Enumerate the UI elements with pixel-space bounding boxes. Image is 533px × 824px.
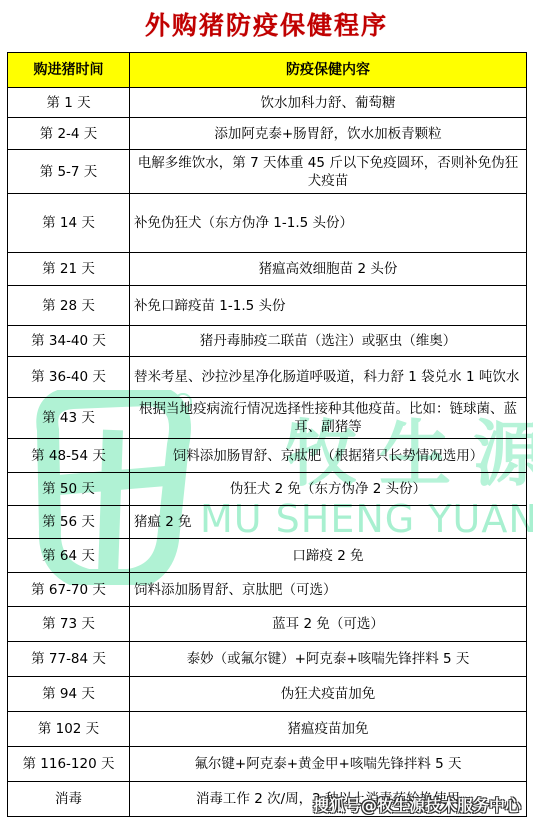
content-cell: 饲料添加肠胃舒、京肽肥（根据猪只长势情况选用） [130,439,527,473]
day-cell: 第 102 天 [8,712,130,747]
content-cell: 电解多维饮水，第 7 天体重 45 斤以下免疫圆环，否则补免伪狂犬疫苗 [130,150,527,194]
header-health-content: 防疫保健内容 [130,53,527,88]
day-cell: 第 34-40 天 [8,326,130,357]
table-row: 第 50 天伪狂犬 2 免（东方伪净 2 头份） [8,473,527,506]
content-cell: 蓝耳 2 免（可选） [130,607,527,642]
content-cell: 饲料添加肠胃舒、京肽肥（可选） [130,573,527,607]
content-cell: 替米考星、沙拉沙星净化肠道呼吸道，科力舒 1 袋兑水 1 吨饮水 [130,357,527,398]
day-cell: 第 94 天 [8,677,130,712]
content-cell: 根据当地疫病流行情况选择性接种其他疫苗。比如：链球菌、蓝耳、副猪等 [130,398,527,439]
day-cell: 第 56 天 [8,506,130,539]
table-row: 第 102 天猪瘟疫苗加免 [8,712,527,747]
day-cell: 第 14 天 [8,194,130,253]
page-title: 外购猪防疫保健程序 [0,6,533,42]
table-row: 第 28 天补免口蹄疫苗 1-1.5 头份 [8,286,527,326]
day-cell: 第 67-70 天 [8,573,130,607]
table-row: 第 1 天饮水加科力舒、葡萄糖 [8,88,527,118]
table-row: 第 36-40 天替米考星、沙拉沙星净化肠道呼吸道，科力舒 1 袋兑水 1 吨饮… [8,357,527,398]
table-row: 第 2-4 天添加阿克泰+肠胃舒，饮水加板青颗粒 [8,118,527,150]
day-cell: 第 1 天 [8,88,130,118]
table-row: 第 116-120 天氟尔键+阿克泰+黄金甲+咳喘先锋拌料 5 天 [8,747,527,782]
day-cell: 第 5-7 天 [8,150,130,194]
table-row: 第 5-7 天电解多维饮水，第 7 天体重 45 斤以下免疫圆环，否则补免伪狂犬… [8,150,527,194]
source-watermark: 搜狐号@牧生源技术服务中心 [313,793,521,816]
table-row: 第 77-84 天泰妙（或氟尔键）+阿克泰+咳喘先锋拌料 5 天 [8,642,527,677]
content-cell: 泰妙（或氟尔键）+阿克泰+咳喘先锋拌料 5 天 [130,642,527,677]
day-cell: 第 36-40 天 [8,357,130,398]
day-cell: 第 21 天 [8,253,130,286]
day-cell: 第 2-4 天 [8,118,130,150]
table-row: 第 56 天猪瘟 2 免 [8,506,527,539]
day-cell: 第 77-84 天 [8,642,130,677]
content-cell: 伪狂犬 2 免（东方伪净 2 头份） [130,473,527,506]
content-cell: 猪瘟高效细胞苗 2 头份 [130,253,527,286]
table-row: 第 21 天猪瘟高效细胞苗 2 头份 [8,253,527,286]
table-header-row: 购进猪时间 防疫保健内容 [8,53,527,88]
table-row: 第 43 天根据当地疫病流行情况选择性接种其他疫苗。比如：链球菌、蓝耳、副猪等 [8,398,527,439]
table-row: 第 14 天补免伪狂犬（东方伪净 1-1.5 头份） [8,194,527,253]
table-row: 第 48-54 天饲料添加肠胃舒、京肽肥（根据猪只长势情况选用） [8,439,527,473]
day-cell: 第 64 天 [8,539,130,573]
day-cell: 消毒 [8,782,130,817]
day-cell: 第 116-120 天 [8,747,130,782]
content-cell: 补免伪狂犬（东方伪净 1-1.5 头份） [130,194,527,253]
content-cell: 猪丹毒肺疫二联苗（选注）或驱虫（维奥） [130,326,527,357]
table-row: 第 64 天口蹄疫 2 免 [8,539,527,573]
content-cell: 氟尔键+阿克泰+黄金甲+咳喘先锋拌料 5 天 [130,747,527,782]
content-cell: 猪瘟疫苗加免 [130,712,527,747]
table-row: 第 94 天伪狂犬疫苗加免 [8,677,527,712]
table-row: 第 73 天蓝耳 2 免（可选） [8,607,527,642]
day-cell: 第 48-54 天 [8,439,130,473]
header-purchase-time: 购进猪时间 [8,53,130,88]
content-cell: 猪瘟 2 免 [130,506,527,539]
table-row: 第 67-70 天饲料添加肠胃舒、京肽肥（可选） [8,573,527,607]
day-cell: 第 28 天 [8,286,130,326]
immunization-schedule-table: 购进猪时间 防疫保健内容 第 1 天饮水加科力舒、葡萄糖第 2-4 天添加阿克泰… [7,52,527,817]
day-cell: 第 73 天 [8,607,130,642]
day-cell: 第 50 天 [8,473,130,506]
content-cell: 补免口蹄疫苗 1-1.5 头份 [130,286,527,326]
content-cell: 添加阿克泰+肠胃舒，饮水加板青颗粒 [130,118,527,150]
table-row: 第 34-40 天猪丹毒肺疫二联苗（选注）或驱虫（维奥） [8,326,527,357]
content-cell: 伪狂犬疫苗加免 [130,677,527,712]
day-cell: 第 43 天 [8,398,130,439]
content-cell: 饮水加科力舒、葡萄糖 [130,88,527,118]
content-cell: 口蹄疫 2 免 [130,539,527,573]
